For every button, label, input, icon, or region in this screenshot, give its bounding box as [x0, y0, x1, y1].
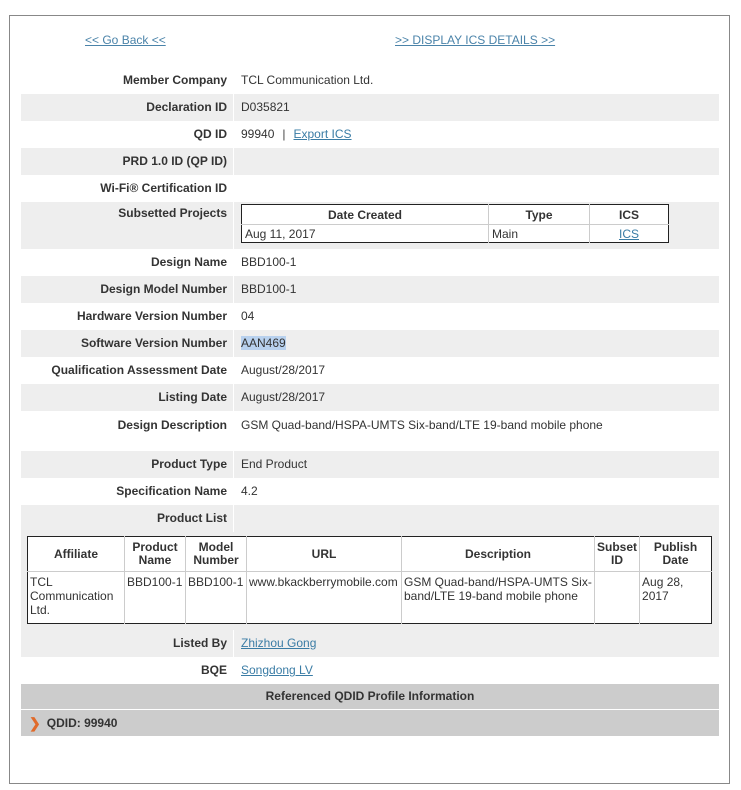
label: Specification Name: [21, 478, 233, 505]
cell-type: Main: [489, 225, 590, 243]
row-specification-name: Specification Name 4.2: [21, 478, 719, 505]
product-list-table: Affiliate Product Name Model Number URL …: [27, 536, 712, 624]
label: Listing Date: [21, 384, 233, 411]
ics-link[interactable]: ICS: [619, 227, 639, 241]
bqe-link[interactable]: Songdong LV: [241, 663, 313, 677]
row-member-company: Member Company TCL Communication Ltd.: [21, 67, 719, 94]
cell-ics: ICS: [590, 225, 669, 243]
header-description: Description: [402, 537, 595, 572]
listed-by-link[interactable]: Zhizhou Gong: [241, 636, 316, 650]
cell-url: www.bkackberrymobile.com: [247, 572, 402, 624]
cell-subset-id: [595, 572, 640, 624]
label: PRD 1.0 ID (QP ID): [21, 148, 233, 175]
header-publish-date: Publish Date: [640, 537, 712, 572]
label: Member Company: [21, 67, 233, 94]
top-navigation: << Go Back << >> DISPLAY ICS DETAILS >>: [0, 33, 741, 49]
value: [233, 175, 719, 202]
row-declaration-id: Declaration ID D035821: [21, 94, 719, 121]
header-subset-id: Subset ID: [595, 537, 640, 572]
value: 4.2: [233, 478, 719, 505]
row-qualification-assessment-date: Qualification Assessment Date August/28/…: [21, 357, 719, 384]
label: Wi-Fi® Certification ID: [21, 175, 233, 202]
table-row: TCL Communication Ltd. BBD100-1 BBD100-1…: [28, 572, 712, 624]
value: [233, 505, 719, 532]
label: QD ID: [21, 121, 233, 148]
row-design-model-number: Design Model Number BBD100-1: [21, 276, 719, 303]
value: End Product: [233, 451, 719, 478]
value: D035821: [233, 94, 719, 121]
header-product-name: Product Name: [125, 537, 186, 572]
label: Listed By: [21, 630, 233, 657]
header-ics: ICS: [590, 205, 669, 225]
row-prd-id: PRD 1.0 ID (QP ID): [21, 148, 719, 175]
value: GSM Quad-band/HSPA-UMTS Six-band/LTE 19-…: [233, 411, 719, 451]
qdid-label: QDID: 99940: [47, 710, 118, 736]
value: [233, 148, 719, 175]
value: Date Created Type ICS Aug 11, 2017 Main …: [233, 202, 719, 249]
qd-id-value: 99940: [241, 127, 274, 141]
table-row: Aug 11, 2017 Main ICS: [242, 225, 669, 243]
label: Product Type: [21, 451, 233, 478]
header-type: Type: [489, 205, 590, 225]
value: BBD100-1: [233, 276, 719, 303]
subsetted-projects-table: Date Created Type ICS Aug 11, 2017 Main …: [241, 204, 669, 243]
value: AAN469: [233, 330, 719, 357]
row-design-description: Design Description GSM Quad-band/HSPA-UM…: [21, 411, 719, 451]
label: Hardware Version Number: [21, 303, 233, 330]
value: 99940|Export ICS: [233, 121, 719, 148]
row-listing-date: Listing Date August/28/2017: [21, 384, 719, 411]
row-qd-id: QD ID 99940|Export ICS: [21, 121, 719, 148]
header-date-created: Date Created: [242, 205, 489, 225]
row-wifi-certification-id: Wi-Fi® Certification ID: [21, 175, 719, 202]
cell-publish-date: Aug 28, 2017: [640, 572, 712, 624]
cell-description: GSM Quad-band/HSPA-UMTS Six-band/LTE 19-…: [402, 572, 595, 624]
label: Product List: [21, 505, 233, 532]
value: 04: [233, 303, 719, 330]
label: Design Name: [21, 249, 233, 276]
go-back-link[interactable]: << Go Back <<: [85, 33, 166, 47]
row-subsetted-projects: Subsetted Projects Date Created Type ICS…: [21, 202, 719, 249]
value: Zhizhou Gong: [233, 630, 719, 657]
label: Qualification Assessment Date: [21, 357, 233, 384]
label: BQE: [21, 657, 233, 684]
cell-affiliate: TCL Communication Ltd.: [28, 572, 125, 624]
value: August/28/2017: [233, 357, 719, 384]
cell-date-created: Aug 11, 2017: [242, 225, 489, 243]
product-list-container: Affiliate Product Name Model Number URL …: [21, 532, 719, 630]
label: Design Description: [21, 411, 233, 451]
row-hardware-version: Hardware Version Number 04: [21, 303, 719, 330]
row-product-list: Product List: [21, 505, 719, 532]
referenced-qdid-header: Referenced QDID Profile Information: [21, 684, 719, 710]
value: BBD100-1: [233, 249, 719, 276]
label: Subsetted Projects: [21, 202, 233, 249]
label: Design Model Number: [21, 276, 233, 303]
row-product-type: Product Type End Product: [21, 451, 719, 478]
value: Songdong LV: [233, 657, 719, 684]
header-affiliate: Affiliate: [28, 537, 125, 572]
qdid-expander[interactable]: ❯ QDID: 99940: [21, 710, 719, 736]
label: Software Version Number: [21, 330, 233, 357]
cell-product-name: BBD100-1: [125, 572, 186, 624]
header-url: URL: [247, 537, 402, 572]
selected-text: AAN469: [241, 336, 286, 350]
value: TCL Communication Ltd.: [233, 67, 719, 94]
row-software-version: Software Version Number AAN469: [21, 330, 719, 357]
separator: |: [274, 127, 293, 141]
label: Declaration ID: [21, 94, 233, 121]
chevron-right-icon[interactable]: ❯: [29, 710, 41, 736]
declaration-details: Member Company TCL Communication Ltd. De…: [21, 67, 719, 736]
display-ics-details-link[interactable]: >> DISPLAY ICS DETAILS >>: [395, 33, 555, 47]
row-listed-by: Listed By Zhizhou Gong: [21, 630, 719, 657]
export-ics-link[interactable]: Export ICS: [294, 127, 352, 141]
row-bqe: BQE Songdong LV: [21, 657, 719, 684]
value: August/28/2017: [233, 384, 719, 411]
header-model-number: Model Number: [186, 537, 247, 572]
row-design-name: Design Name BBD100-1: [21, 249, 719, 276]
cell-model-number: BBD100-1: [186, 572, 247, 624]
